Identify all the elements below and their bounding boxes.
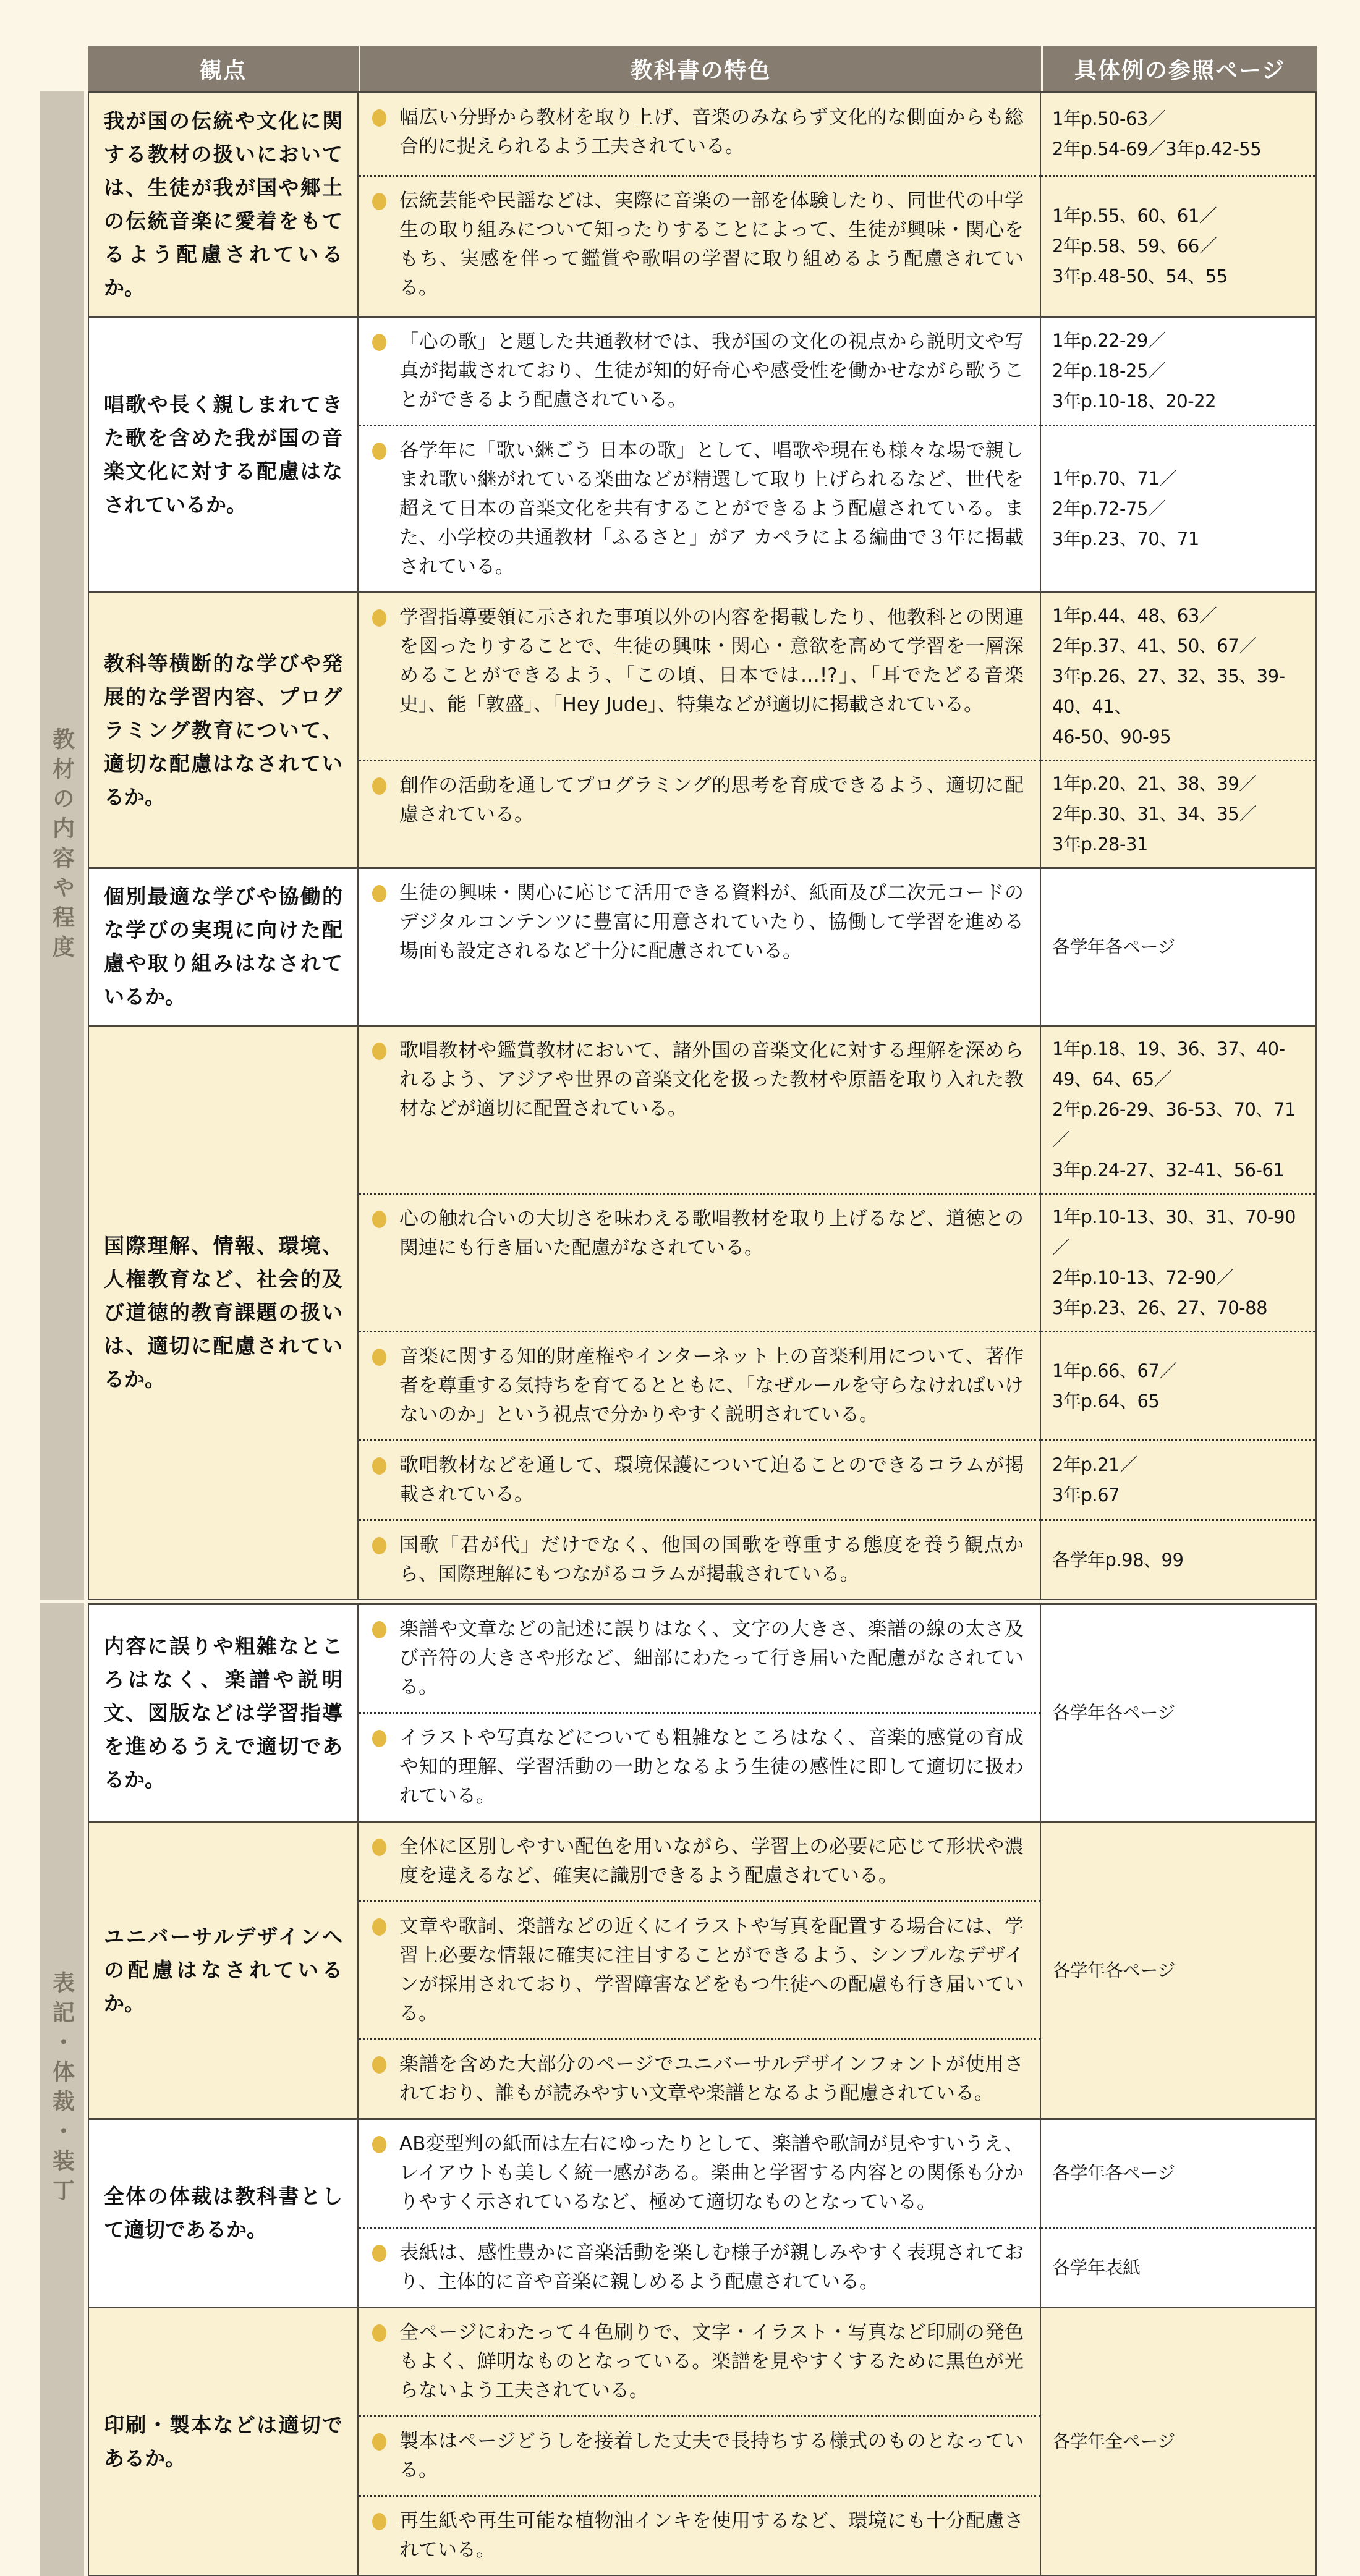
pages-line: 3年p.28-31: [1052, 829, 1304, 860]
bullet-icon: [372, 193, 386, 210]
bullet-icon: [372, 2136, 386, 2153]
viewpoint-cell: 唱歌や長く親しまれてきた歌を含めた我が国の音楽文化に対する配慮はなされているか。: [89, 318, 359, 591]
viewpoint-text: 唱歌や長く親しまれてきた歌を含めた我が国の音楽文化に対する配慮はなされているか。: [104, 388, 342, 522]
sidebar-section-label: 表記・体裁・装丁: [46, 1971, 78, 2208]
pages-line: 2年p.37、41、50、67／: [1052, 631, 1304, 661]
feature-text: 再生紙や再生可能な植物油インキを使用するなど、環境にも十分配慮されている。: [399, 2510, 1024, 2561]
feature-text: 表紙は、感性豊かに音楽活動を楽しむ様子が親しみやすく表現されており、主体的に音や…: [399, 2242, 1024, 2293]
bullet-icon: [372, 2433, 386, 2451]
feature-text: 生徒の興味・関心に応じて活用できる資料が、紙面及び二次元コードのデジタルコンテン…: [399, 882, 1024, 962]
feature-cell: 創作の活動を通してプログラミング的思考を育成できるよう、適切に配慮されている。: [359, 760, 1041, 867]
bullet-icon: [372, 885, 386, 902]
feature-cell: 歌唱教材や鑑賞教材において、諸外国の音楽文化に対する理解を深められるよう、アジア…: [359, 1027, 1041, 1193]
pages-line: 46-50、90-95: [1052, 722, 1304, 752]
evaluation-table: 観点 教科書の特色 具体例の参照ページ 教材の内容や程度我が国の伝統や文化に関す…: [40, 46, 1317, 2576]
criteria-group: ユニバーサルデザインへの配慮はなされているか。全体に区別しやすい配色を用いながら…: [89, 1821, 1315, 2118]
viewpoint-text: 国際理解、情報、環境、人権教育など、社会的及び道徳的教育課題の扱いは、適切に配慮…: [104, 1229, 342, 1396]
pages-cell: 1年p.22-29／2年p.18-25／3年p.10-18、20-22: [1041, 318, 1315, 425]
viewpoint-text: 教科等横断的な学びや発展的な学習内容、プログラミング教育について、適切な配慮はな…: [104, 647, 342, 814]
pages-line: 2年p.18-25／: [1052, 356, 1304, 386]
pages-cell: 1年p.18、19、36、37、40-49、64、65／2年p.26-29、36…: [1041, 1027, 1315, 1193]
feature-text: AB変型判の紙面は左右にゆったりとして、楽譜や歌詞が見やすいうえ、レイアウトも美…: [399, 2133, 1024, 2213]
feature-text: 音楽に関する知的財産権やインターネット上の音楽利用について、著作者を尊重する気持…: [399, 1345, 1024, 1426]
pages-cell: 1年p.20、21、38、39／2年p.30、31、34、35／3年p.28-3…: [1041, 760, 1315, 867]
pages-line: 1年p.10-13、30、31、70-90／: [1052, 1202, 1304, 1263]
pages-line: 1年p.20、21、38、39／: [1052, 769, 1304, 799]
bullet-icon: [372, 2245, 386, 2262]
bullet-icon: [372, 1349, 386, 1366]
pages-cell: 各学年各ページ: [1041, 869, 1315, 1025]
viewpoint-text: 印刷・製本などは適切であるか。: [104, 2409, 342, 2475]
pages-line: 2年p.72-75／: [1052, 494, 1304, 524]
bullet-icon: [372, 2056, 386, 2074]
table-body: 教材の内容や程度我が国の伝統や文化に関する教材の扱いにおいては、生徒が我が国や郷…: [40, 91, 1317, 2576]
feature-text: 各学年に「歌い継ごう 日本の歌」として、唱歌や現在も様々な場で親しまれ歌い継がれ…: [399, 439, 1024, 578]
bullet-icon: [372, 777, 386, 795]
viewpoint-text: 内容に誤りや粗雑なところはなく、楽譜や説明文、図版などは学習指導を進めるうえで適…: [104, 1630, 342, 1797]
bullet-icon: [372, 609, 386, 627]
pages-line: 3年p.10-18、20-22: [1052, 386, 1304, 417]
feature-cell: イラストや写真などについても粗雑なところはなく、音楽的感覚の育成や知的理解、学習…: [359, 1712, 1041, 1821]
pages-line: 3年p.67: [1052, 1480, 1304, 1510]
viewpoint-cell: ユニバーサルデザインへの配慮はなされているか。: [89, 1823, 359, 2118]
pages-cell: 各学年表紙: [1041, 2227, 1315, 2307]
feature-text: イラストや写真などについても粗雑なところはなく、音楽的感覚の育成や知的理解、学習…: [399, 1727, 1024, 1807]
bullet-icon: [372, 443, 386, 460]
criteria-group: 我が国の伝統や文化に関する教材の扱いにおいては、生徒が我が国や郷土の伝統音楽に愛…: [89, 91, 1315, 316]
viewpoint-cell: 個別最適な学びや協働的な学びの実現に向けた配慮や取り組みはなされているか。: [89, 869, 359, 1025]
viewpoint-cell: 印刷・製本などは適切であるか。: [89, 2308, 359, 2575]
viewpoint-cell: 内容に誤りや粗雑なところはなく、楽譜や説明文、図版などは学習指導を進めるうえで適…: [89, 1605, 359, 1821]
feature-cell: 歌唱教材などを通して、環境保護について迫ることのできるコラムが掲載されている。: [359, 1439, 1041, 1519]
bullet-icon: [372, 334, 386, 351]
pages-line: 2年p.21／: [1052, 1450, 1304, 1480]
pages-line: 各学年表紙: [1052, 2253, 1304, 2283]
sidebar-strip: 教材の内容や程度: [40, 91, 84, 1600]
sidebar-strip: 表記・体裁・装丁: [40, 1603, 84, 2576]
feature-cell: 生徒の興味・関心に応じて活用できる資料が、紙面及び二次元コードのデジタルコンテン…: [359, 869, 1041, 1025]
bullet-icon: [372, 1918, 386, 1936]
bullet-icon: [372, 1730, 386, 1747]
header-viewpoint: 観点: [88, 46, 359, 91]
pages-line: 1年p.70、71／: [1052, 464, 1304, 494]
pages-line: 1年p.22-29／: [1052, 326, 1304, 356]
pages-line: 3年p.23、70、71: [1052, 524, 1304, 554]
section-table: 内容に誤りや粗雑なところはなく、楽譜や説明文、図版などは学習指導を進めるうえで適…: [88, 1603, 1317, 2576]
feature-text: 心の触れ合いの大切さを味わえる歌唱教材を取り上げるなど、道徳との関連にも行き届い…: [399, 1208, 1024, 1259]
bullet-icon: [372, 1537, 386, 1554]
page: 観点 教科書の特色 具体例の参照ページ 教材の内容や程度我が国の伝統や文化に関す…: [0, 0, 1360, 1792]
pages-line: 1年p.50-63／: [1052, 104, 1304, 134]
pages-line: 各学年全ページ: [1052, 2426, 1304, 2457]
pages-line: 各学年p.98、99: [1052, 1545, 1304, 1575]
pages-cell: 1年p.66、67／3年p.64、65: [1041, 1331, 1315, 1439]
pages-line: 各学年各ページ: [1052, 1698, 1304, 1728]
feature-text: 歌唱教材や鑑賞教材において、諸外国の音楽文化に対する理解を深められるよう、アジア…: [399, 1040, 1024, 1120]
pages-line: 2年p.54-69／3年p.42-55: [1052, 134, 1304, 164]
viewpoint-text: 全体の体裁は教科書として適切であるか。: [104, 2180, 342, 2247]
feature-cell: AB変型判の紙面は左右にゆったりとして、楽譜や歌詞が見やすいうえ、レイアウトも美…: [359, 2120, 1041, 2227]
feature-text: 製本はページどうしを接着した丈夫で長持ちする様式のものとなっている。: [399, 2430, 1024, 2481]
pages-line: 2年p.30、31、34、35／: [1052, 799, 1304, 829]
feature-text: 文章や歌詞、楽譜などの近くにイラストや写真を配置する場合には、学習上必要な情報に…: [399, 1915, 1024, 2025]
feature-text: 楽譜や文章などの記述に誤りはなく、文字の大きさ、楽譜の線の太さ及び音符の大きさや…: [399, 1618, 1024, 1698]
pages-cell: 各学年p.98、99: [1041, 1519, 1315, 1599]
feature-text: 創作の活動を通してプログラミング的思考を育成できるよう、適切に配慮されている。: [399, 774, 1024, 826]
viewpoint-cell: 我が国の伝統や文化に関する教材の扱いにおいては、生徒が我が国や郷土の伝統音楽に愛…: [89, 93, 359, 316]
feature-text: 全ページにわたって４色刷りで、文字・イラスト・写真など印刷の発色もよく、鮮明なも…: [399, 2321, 1024, 2402]
criteria-group: 内容に誤りや粗雑なところはなく、楽譜や説明文、図版などは学習指導を進めるうえで適…: [89, 1603, 1315, 1821]
bullet-icon: [372, 2324, 386, 2342]
criteria-group: 全体の体裁は教科書として適切であるか。AB変型判の紙面は左右にゆったりとして、楽…: [89, 2118, 1315, 2307]
pages-line: 3年p.64、65: [1052, 1386, 1304, 1417]
section-1: 表記・体裁・装丁内容に誤りや粗雑なところはなく、楽譜や説明文、図版などは学習指導…: [40, 1603, 1317, 2576]
feature-cell: 楽譜を含めた大部分のページでユニバーサルデザインフォントが使用されており、誰もが…: [359, 2038, 1041, 2118]
pages-cell: 1年p.70、71／2年p.72-75／3年p.23、70、71: [1041, 425, 1315, 591]
feature-text: 「心の歌」と題した共通教材では、我が国の文化の視点から説明文や写真が掲載されてお…: [399, 331, 1024, 411]
pages-line: 2年p.58、59、66／: [1052, 231, 1304, 261]
feature-text: 伝統芸能や民謡などは、実際に音楽の一部を体験したり、同世代の中学生の取り組みにつ…: [399, 190, 1024, 299]
viewpoint-cell: 国際理解、情報、環境、人権教育など、社会的及び道徳的教育課題の扱いは、適切に配慮…: [89, 1027, 359, 1599]
table-header: 観点 教科書の特色 具体例の参照ページ: [88, 46, 1317, 91]
bullet-icon: [372, 1211, 386, 1228]
pages-line: 3年p.26、27、32、35、39-40、41、: [1052, 661, 1304, 722]
pages-line: 1年p.18、19、36、37、40-49、64、65／: [1052, 1034, 1304, 1095]
feature-cell: 各学年に「歌い継ごう 日本の歌」として、唱歌や現在も様々な場で親しまれ歌い継がれ…: [359, 425, 1041, 591]
pages-line: 各学年各ページ: [1052, 932, 1304, 962]
viewpoint-cell: 全体の体裁は教科書として適切であるか。: [89, 2120, 359, 2307]
feature-cell: 全ページにわたって４色刷りで、文字・イラスト・写真など印刷の発色もよく、鮮明なも…: [359, 2308, 1041, 2415]
feature-cell: 文章や歌詞、楽譜などの近くにイラストや写真を配置する場合には、学習上必要な情報に…: [359, 1900, 1041, 2038]
pages-line: 3年p.23、26、27、70-88: [1052, 1293, 1304, 1323]
pages-cell: 1年p.55、60、61／2年p.58、59、66／3年p.48-50、54、5…: [1041, 175, 1315, 316]
bullet-icon: [372, 1457, 386, 1475]
feature-cell: 心の触れ合いの大切さを味わえる歌唱教材を取り上げるなど、道徳との関連にも行き届い…: [359, 1193, 1041, 1331]
feature-cell: 全体に区別しやすい配色を用いながら、学習上の必要に応じて形状や濃度を違えるなど、…: [359, 1823, 1041, 1900]
viewpoint-text: 我が国の伝統や文化に関する教材の扱いにおいては、生徒が我が国や郷土の伝統音楽に愛…: [104, 104, 342, 305]
pages-cell: 1年p.50-63／2年p.54-69／3年p.42-55: [1041, 93, 1315, 175]
criteria-group: 教科等横断的な学びや発展的な学習内容、プログラミング教育について、適切な配慮はな…: [89, 591, 1315, 867]
feature-text: 全体に区別しやすい配色を用いながら、学習上の必要に応じて形状や濃度を違えるなど、…: [399, 1836, 1024, 1887]
pages-line: 3年p.48-50、54、55: [1052, 261, 1304, 292]
pages-line: 1年p.44、48、63／: [1052, 601, 1304, 631]
feature-text: 国歌「君が代」だけでなく、他国の国歌を尊重する態度を養う観点から、国際理解にもつ…: [399, 1534, 1024, 1585]
bullet-icon: [372, 2513, 386, 2530]
pages-cell-merged: 各学年各ページ: [1041, 1823, 1315, 2118]
feature-cell: 「心の歌」と題した共通教材では、我が国の文化の視点から説明文や写真が掲載されてお…: [359, 318, 1041, 425]
pages-cell: 1年p.10-13、30、31、70-90／2年p.10-13、72-90／3年…: [1041, 1193, 1315, 1331]
viewpoint-text: 個別最適な学びや協働的な学びの実現に向けた配慮や取り組みはなされているか。: [104, 880, 342, 1014]
criteria-group: 個別最適な学びや協働的な学びの実現に向けた配慮や取り組みはなされているか。生徒の…: [89, 867, 1315, 1025]
criteria-group: 印刷・製本などは適切であるか。全ページにわたって４色刷りで、文字・イラスト・写真…: [89, 2307, 1315, 2575]
criteria-group: 唱歌や長く親しまれてきた歌を含めた我が国の音楽文化に対する配慮はなされているか。…: [89, 316, 1315, 591]
pages-line: 3年p.24-27、32-41、56-61: [1052, 1155, 1304, 1185]
header-pages: 具体例の参照ページ: [1041, 46, 1317, 91]
sidebar-section-label: 教材の内容や程度: [46, 727, 78, 965]
viewpoint-cell: 教科等横断的な学びや発展的な学習内容、プログラミング教育について、適切な配慮はな…: [89, 593, 359, 867]
criteria-group: 国際理解、情報、環境、人権教育など、社会的及び道徳的教育課題の扱いは、適切に配慮…: [89, 1025, 1315, 1599]
feature-cell: 楽譜や文章などの記述に誤りはなく、文字の大きさ、楽譜の線の太さ及び音符の大きさや…: [359, 1605, 1041, 1712]
feature-cell: 表紙は、感性豊かに音楽活動を楽しむ様子が親しみやすく表現されており、主体的に音や…: [359, 2227, 1041, 2307]
feature-cell: 学習指導要領に示された事項以外の内容を掲載したり、他教科との関連を図ったりするこ…: [359, 593, 1041, 760]
pages-cell-merged: 各学年全ページ: [1041, 2308, 1315, 2575]
feature-text: 学習指導要領に示された事項以外の内容を掲載したり、他教科との関連を図ったりするこ…: [399, 606, 1024, 716]
feature-cell: 音楽に関する知的財産権やインターネット上の音楽利用について、著作者を尊重する気持…: [359, 1331, 1041, 1439]
feature-cell: 再生紙や再生可能な植物油インキを使用するなど、環境にも十分配慮されている。: [359, 2495, 1041, 2575]
bullet-icon: [372, 1043, 386, 1060]
bullet-icon: [372, 1839, 386, 1856]
pages-line: 1年p.55、60、61／: [1052, 201, 1304, 231]
header-feature: 教科書の特色: [359, 46, 1041, 91]
feature-text: 歌唱教材などを通して、環境保護について迫ることのできるコラムが掲載されている。: [399, 1454, 1024, 1506]
feature-text: 楽譜を含めた大部分のページでユニバーサルデザインフォントが使用されており、誰もが…: [399, 2053, 1024, 2104]
feature-text: 幅広い分野から教材を取り上げ、音楽のみならず文化的な側面からも総合的に捉えられる…: [399, 106, 1024, 158]
section-0: 教材の内容や程度我が国の伝統や文化に関する教材の扱いにおいては、生徒が我が国や郷…: [40, 91, 1317, 1600]
viewpoint-text: ユニバーサルデザインへの配慮はなされているか。: [104, 1920, 342, 2020]
pages-line: 1年p.66、67／: [1052, 1356, 1304, 1386]
pages-line: 2年p.10-13、72-90／: [1052, 1263, 1304, 1293]
feature-cell: 国歌「君が代」だけでなく、他国の国歌を尊重する態度を養う観点から、国際理解にもつ…: [359, 1519, 1041, 1599]
pages-cell: 各学年各ページ: [1041, 2120, 1315, 2227]
pages-line: 各学年各ページ: [1052, 1955, 1304, 1986]
feature-cell: 幅広い分野から教材を取り上げ、音楽のみならず文化的な側面からも総合的に捉えられる…: [359, 93, 1041, 175]
pages-cell: 2年p.21／3年p.67: [1041, 1439, 1315, 1519]
pages-cell: 1年p.44、48、63／2年p.37、41、50、67／3年p.26、27、3…: [1041, 593, 1315, 760]
pages-cell-merged: 各学年各ページ: [1041, 1605, 1315, 1821]
bullet-icon: [372, 1621, 386, 1638]
pages-line: 2年p.26-29、36-53、70、71／: [1052, 1095, 1304, 1155]
feature-cell: 製本はページどうしを接着した丈夫で長持ちする様式のものとなっている。: [359, 2415, 1041, 2495]
bullet-icon: [372, 109, 386, 127]
section-table: 我が国の伝統や文化に関する教材の扱いにおいては、生徒が我が国や郷土の伝統音楽に愛…: [88, 91, 1317, 1600]
feature-cell: 伝統芸能や民謡などは、実際に音楽の一部を体験したり、同世代の中学生の取り組みにつ…: [359, 175, 1041, 316]
pages-line: 各学年各ページ: [1052, 2158, 1304, 2188]
